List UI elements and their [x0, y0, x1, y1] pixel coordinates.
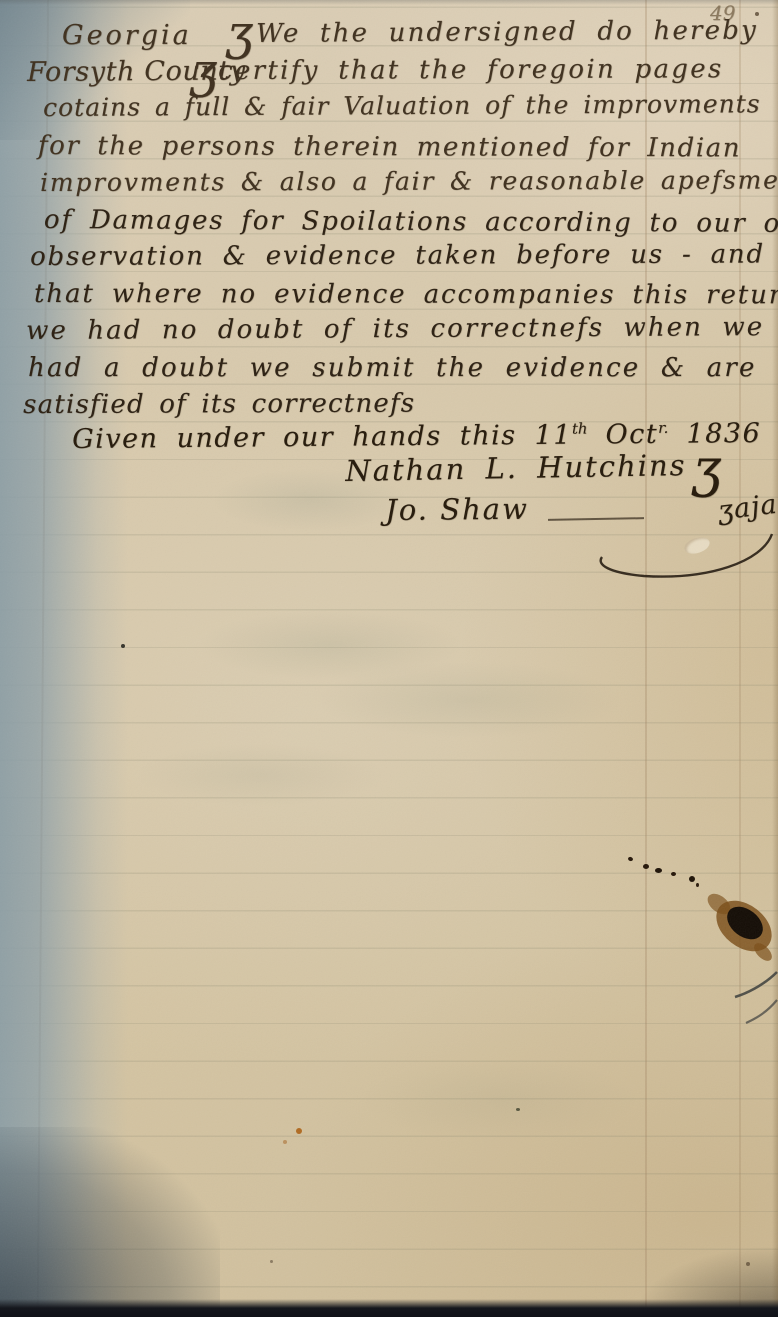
brace-line1: ʒ [226, 12, 253, 55]
book-bottom-edge [0, 1299, 778, 1317]
signature-tail-flourish [586, 528, 778, 586]
page-top-edge [0, 0, 778, 5]
handwritten-line: for the persons therein mentioned for In… [38, 132, 741, 164]
dark-speck [516, 1108, 520, 1111]
ruled-lines [0, 0, 778, 1317]
page-right-edge [772, 0, 778, 1317]
ink-speck [689, 876, 695, 882]
rust-spot [283, 1140, 287, 1144]
ink-speck [627, 856, 633, 861]
handwritten-line: observation & evidence taken before us -… [30, 240, 765, 272]
date-superscript-r: r. [658, 419, 668, 437]
dark-speck [121, 644, 125, 648]
signature-jo-shaw: Jo. Shaw [385, 493, 529, 528]
ink-blot [700, 888, 778, 976]
handwritten-line: we had no doubt of its correctnefs when … [26, 313, 764, 347]
ink-speck [655, 868, 662, 873]
date-text: Given under our hands this 11 [72, 420, 572, 455]
handwritten-line: We the undersigned do hereby [256, 16, 758, 49]
dark-speck [746, 1262, 750, 1266]
paper-scuff [682, 534, 711, 556]
ink-showthrough [0, 0, 778, 1317]
handwritten-line: of Damages for Spoilations according to … [44, 206, 778, 240]
handwritten-line: certify that the foregoin pages [218, 55, 724, 87]
handwritten-line: that where no evidence accompanies this … [34, 280, 778, 311]
handwritten-line: satisfied of its correctnefs [23, 390, 415, 421]
clerk-mark: ʒaja [716, 489, 778, 527]
rust-spot [296, 1128, 302, 1134]
handwritten-line: cotains a full & fair Valuation of the i… [43, 90, 761, 123]
signature-brace: ʒ [692, 446, 721, 493]
paper-grain-texture [0, 0, 778, 1317]
signature-nathan-hutchins: Nathan L. Hutchins [345, 449, 687, 488]
manuscript-page: 49 Georgia Forsyth County ʒ ʒ We the und… [0, 0, 778, 1317]
handwritten-line: had a doubt we submit the evidence & are [28, 354, 757, 384]
ink-speck [671, 872, 676, 876]
ink-speck [696, 883, 699, 887]
margin-line-mid [645, 0, 647, 1317]
pencil-scribble [731, 968, 778, 1028]
place-georgia: Georgia [62, 20, 192, 51]
signature-flourish-line [548, 517, 644, 521]
date-month: Oct [587, 419, 658, 451]
ink-speck [643, 864, 649, 869]
corner-shadow-bottom-right [638, 1247, 778, 1317]
brace-line2: ʒ [190, 50, 217, 93]
dark-speck [270, 1260, 273, 1263]
margin-line-right [739, 0, 741, 1317]
corner-shadow-bottom-left [0, 1127, 220, 1317]
date-superscript-th: th [572, 420, 588, 438]
handwritten-line: improvments & also a fair & reasonable a… [40, 166, 778, 197]
